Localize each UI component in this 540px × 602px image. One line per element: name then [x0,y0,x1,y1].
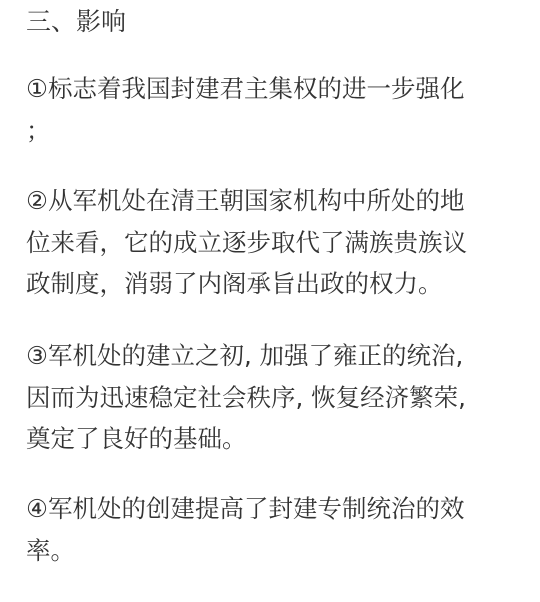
text-line: ④军机处的创建提高了封建专制统治的效 [26,488,526,530]
text-line: 位来看，它的成立逐步取代了满族贵族议 [26,222,526,264]
text-line: 率。 [26,530,526,572]
impact-paragraph-2: ②从军机处在清王朝国家机构中所处的地 位来看，它的成立逐步取代了满族贵族议 政制… [26,180,526,305]
impact-paragraph-4: ④军机处的创建提高了封建专制统治的效 率。 [26,488,526,571]
text-line: ①标志着我国封建君主集权的进一步强化 [26,68,526,110]
section-heading: 三、影响 [26,2,126,42]
impact-paragraph-1: ①标志着我国封建君主集权的进一步强化 ； [26,68,526,151]
text-line: 奠定了良好的基础。 [26,418,526,460]
text-line: 政制度，消弱了内阁承旨出政的权力。 [26,263,526,305]
text-line: 因而为迅速稳定社会秩序, 恢复经济繁荣, [26,377,526,419]
text-line: ③军机处的建立之初, 加强了雍正的统治, [26,335,526,377]
text-line: ； [26,110,526,152]
impact-paragraph-3: ③军机处的建立之初, 加强了雍正的统治, 因而为迅速稳定社会秩序, 恢复经济繁荣… [26,335,526,460]
text-line: ②从军机处在清王朝国家机构中所处的地 [26,180,526,222]
